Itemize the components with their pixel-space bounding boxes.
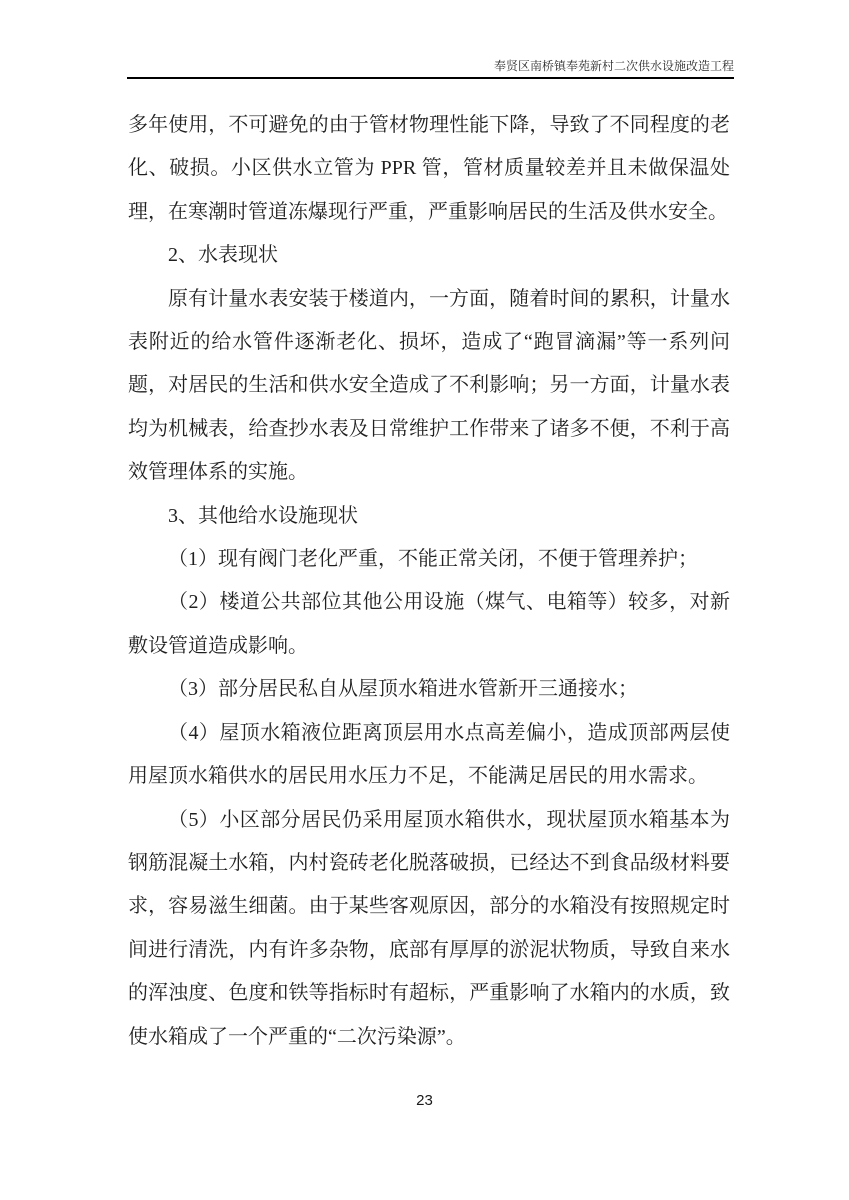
document-page: 奉贤区南桥镇奉苑新村二次供水设施改造工程 多年使用，不可避免的由于管材物理性能下… bbox=[0, 0, 849, 1200]
page-number: 23 bbox=[0, 1092, 849, 1110]
paragraph-list-item: （2）楼道公共部位其他公用设施（煤气、电箱等）较多，对新敷设管道造成影响。 bbox=[128, 581, 730, 668]
paragraph-heading: 2、水表现状 bbox=[128, 234, 730, 277]
header-title: 奉贤区南桥镇奉苑新村二次供水设施改造工程 bbox=[494, 59, 734, 73]
document-body: 多年使用，不可避免的由于管材物理性能下降，导致了不同程度的老化、破损。小区供水立… bbox=[128, 104, 730, 1059]
paragraph-list-item: （3）部分居民私自从屋顶水箱进水管新开三通接水； bbox=[128, 668, 730, 711]
paragraph-list-item: （5）小区部分居民仍采用屋顶水箱供水，现状屋顶水箱基本为钢筋混凝土水箱，内村瓷砖… bbox=[128, 799, 730, 1059]
paragraph-list-item: （4）屋顶水箱液位距离顶层用水点高差偏小，造成顶部两层使用屋顶水箱供水的居民用水… bbox=[128, 712, 730, 799]
paragraph: 原有计量水表安装于楼道内，一方面，随着时间的累积，计量水表附近的给水管件逐渐老化… bbox=[128, 278, 730, 495]
paragraph-heading: 3、其他给水设施现状 bbox=[128, 495, 730, 538]
paragraph: 多年使用，不可避免的由于管材物理性能下降，导致了不同程度的老化、破损。小区供水立… bbox=[128, 104, 730, 234]
page-header: 奉贤区南桥镇奉苑新村二次供水设施改造工程 bbox=[127, 59, 734, 79]
paragraph-list-item: （1）现有阀门老化严重，不能正常关闭，不便于管理养护； bbox=[128, 538, 730, 581]
